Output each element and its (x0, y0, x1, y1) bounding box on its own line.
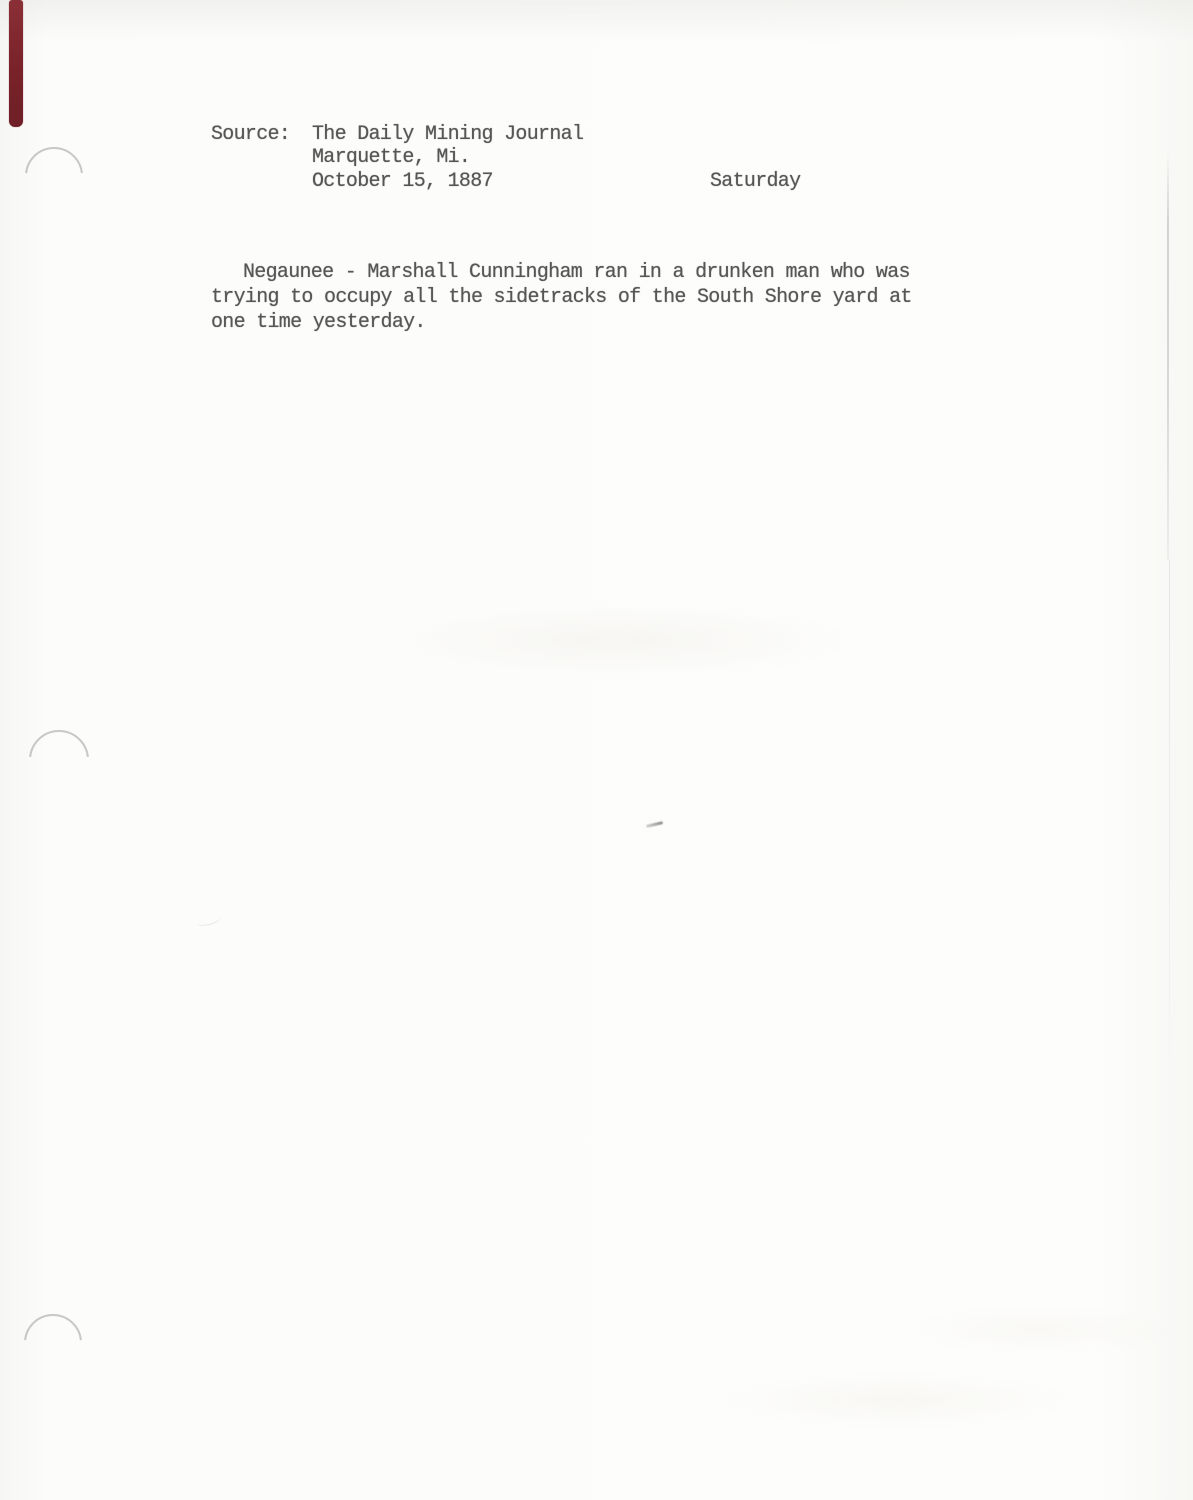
scanned-document-page: Source: The Daily Mining Journal Marquet… (0, 0, 1193, 1500)
body-line-2: trying to occupy all the sidetracks of t… (211, 287, 912, 309)
body-line-1: Negaunee - Marshall Cunningham ran in a … (243, 262, 910, 284)
red-binding-strip (9, 0, 23, 127)
source-date: October 15, 1887 (312, 171, 493, 193)
source-label: Source: (211, 124, 290, 146)
page-fold-line (1167, 150, 1169, 560)
pen-tick-mark (646, 821, 663, 828)
source-location: Marquette, Mi. (312, 147, 470, 169)
punch-hole-top (25, 147, 83, 205)
page-fold-line-lower (1169, 560, 1170, 1120)
source-name: The Daily Mining Journal (312, 124, 583, 146)
day-of-week: Saturday (710, 171, 800, 193)
punch-hole-bottom (24, 1314, 82, 1372)
body-line-3: one time yesterday. (211, 312, 426, 334)
punch-hole-middle (29, 730, 89, 790)
faint-pencil-mark (195, 908, 223, 927)
